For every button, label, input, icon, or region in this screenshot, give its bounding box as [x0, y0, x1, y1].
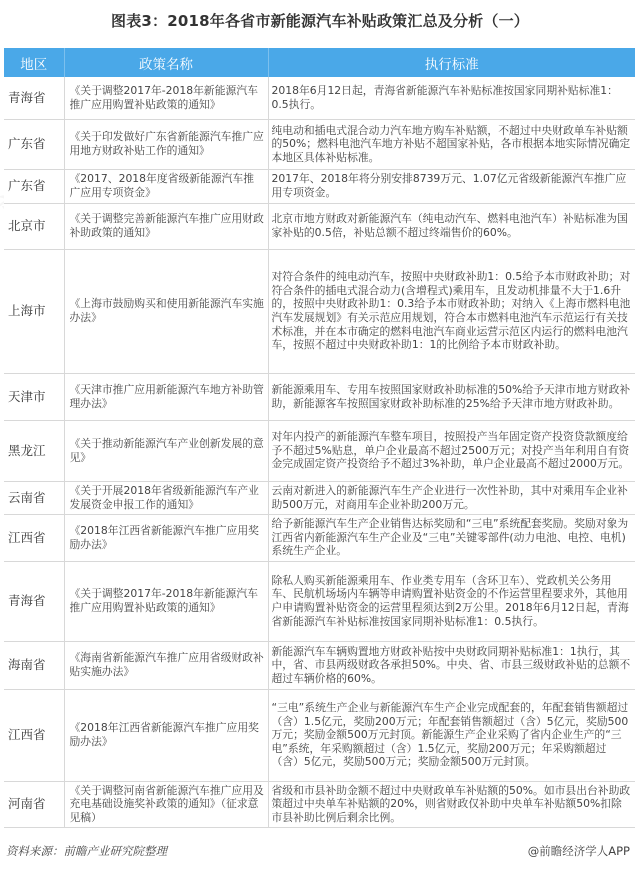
- standard-cell: 省级和市县补助金额不超过中央财政单车补贴额的50%。如市县出台补助政策超过中央单…: [268, 781, 635, 827]
- policy-cell: 《关于开展2018年省级新能源汽车产业发展资金申报工作的通知》: [64, 481, 268, 514]
- standard-cell: 2018年6月12日起，青海省新能源汽车补贴标准按国家同期补贴标准1：0.5执行…: [268, 77, 635, 119]
- standard-cell: 北京市地方财政对新能源汽车（纯电动汽车、燃料电池汽车）补贴标准为国家补贴的0.5…: [268, 203, 635, 249]
- chart-title: 图表3：2018年各省市新能源汽车补贴政策汇总及分析（一）: [0, 10, 640, 31]
- table-row: 青海省 《关于调整2017年-2018年新能源汽车推广应用购置补贴政策的通知》 …: [4, 77, 635, 119]
- policy-cell: 《2018年江西省新能源汽车推广应用奖励办法》: [64, 514, 268, 561]
- standard-cell: 2017年、2018年将分别安排8739万元、1.07亿元省级新能源汽车推广应用…: [268, 169, 635, 203]
- policy-cell: 《2018年江西省新能源汽车推广应用奖励办法》: [64, 689, 268, 781]
- table-row: 青海省 《关于调整2017年-2018年新能源汽车推广应用购置补贴政策的通知》 …: [4, 561, 635, 641]
- table-row: 上海市 《上海市鼓励购买和使用新能源汽车实施办法》 对符合条件的纯电动汽车，按照…: [4, 249, 635, 373]
- table-header-row: 地区 政策名称 执行标准: [4, 48, 635, 77]
- table-row: 北京市 《关于调整完善新能源汽车推广应用财政补助政策的通知》 北京市地方财政对新…: [4, 203, 635, 249]
- table-row: 河南省 《关于调整河南省新能源汽车推广应用及充电基础设施奖补政策的通知》（征求意…: [4, 781, 635, 827]
- table-row: 广东省 《2017、2018年度省级新能源汽车推广应用专项资金》 2017年、2…: [4, 169, 635, 203]
- region-cell: 广东省: [4, 169, 64, 203]
- table-row: 广东省 《关于印发做好广东省新能源汽车推广应用地方财政补贴工作的通知》 纯电动和…: [4, 119, 635, 169]
- policy-cell: 《关于调整2017年-2018年新能源汽车推广应用购置补贴政策的通知》: [64, 77, 268, 119]
- table-row: 海南省 《海南省新能源汽车推广应用省级财政补贴实施办法》 新能源汽车车辆购置地方…: [4, 641, 635, 689]
- standard-cell: 对年内投产的新能源汽车整车项目，按照投产当年固定资产投资贷款额度给予不超过5%贴…: [268, 420, 635, 481]
- region-cell: 海南省: [4, 641, 64, 689]
- region-cell: 江西省: [4, 514, 64, 561]
- standard-cell: 云南对新进入的新能源汽车生产企业进行一次性补助，其中对乘用车企业补助500万元，…: [268, 481, 635, 514]
- header-policy-name: 政策名称: [64, 48, 268, 77]
- region-cell: 黑龙江: [4, 420, 64, 481]
- region-cell: 河南省: [4, 781, 64, 827]
- policy-cell: 《关于调整2017年-2018年新能源汽车推广应用购置补贴政策的通知》: [64, 561, 268, 641]
- standard-cell: 除私人购买新能源乘用车、作业类专用车（含环卫车）、党政机关公务用车、民航机场场内…: [268, 561, 635, 641]
- policy-cell: 《关于推动新能源汽车产业创新发展的意见》: [64, 420, 268, 481]
- table-row: 天津市 《天津市推广应用新能源汽车地方补助管理办法》 新能源乘用车、专用车按照国…: [4, 373, 635, 420]
- region-cell: 青海省: [4, 77, 64, 119]
- table-row: 江西省 《2018年江西省新能源汽车推广应用奖励办法》 给予新能源汽车生产企业销…: [4, 514, 635, 561]
- region-cell: 天津市: [4, 373, 64, 420]
- app-credit: @前瞻经济学人APP: [528, 843, 630, 859]
- region-cell: 广东省: [4, 119, 64, 169]
- policy-cell: 《天津市推广应用新能源汽车地方补助管理办法》: [64, 373, 268, 420]
- header-region: 地区: [4, 48, 64, 77]
- standard-cell: 纯电动和插电式混合动力汽车地方购车补贴额，不超过中央财政单车补贴额的50%；燃料…: [268, 119, 635, 169]
- region-cell: 青海省: [4, 561, 64, 641]
- region-cell: 上海市: [4, 249, 64, 373]
- policy-cell: 《关于调整完善新能源汽车推广应用财政补助政策的通知》: [64, 203, 268, 249]
- table-row: 江西省 《2018年江西省新能源汽车推广应用奖励办法》 “三电”系统生产企业与新…: [4, 689, 635, 781]
- standard-cell: 新能源汽车车辆购置地方财政补贴按中央财政同期补贴标准1：1执行，其中，省、市县两…: [268, 641, 635, 689]
- standard-cell: “三电”系统生产企业与新能源汽车生产企业完成配套的，年配套销售额超过（含）1.5…: [268, 689, 635, 781]
- region-cell: 北京市: [4, 203, 64, 249]
- source-note: 资料来源：前瞻产业研究院整理: [6, 843, 167, 859]
- policy-table: 地区 政策名称 执行标准 青海省 《关于调整2017年-2018年新能源汽车推广…: [4, 48, 635, 828]
- table-row: 黑龙江 《关于推动新能源汽车产业创新发展的意见》 对年内投产的新能源汽车整车项目…: [4, 420, 635, 481]
- policy-cell: 《2017、2018年度省级新能源汽车推广应用专项资金》: [64, 169, 268, 203]
- standard-cell: 新能源乘用车、专用车按照国家财政补助标准的50%给予天津市地方财政补助，新能源客…: [268, 373, 635, 420]
- standard-cell: 给予新能源汽车生产企业销售达标奖励和“三电”系统配套奖励。奖励对象为江西省内新能…: [268, 514, 635, 561]
- region-cell: 云南省: [4, 481, 64, 514]
- header-standard: 执行标准: [268, 48, 635, 77]
- policy-cell: 《海南省新能源汽车推广应用省级财政补贴实施办法》: [64, 641, 268, 689]
- policy-cell: 《关于印发做好广东省新能源汽车推广应用地方财政补贴工作的通知》: [64, 119, 268, 169]
- table-row: 云南省 《关于开展2018年省级新能源汽车产业发展资金申报工作的通知》 云南对新…: [4, 481, 635, 514]
- region-cell: 江西省: [4, 689, 64, 781]
- policy-cell: 《关于调整河南省新能源汽车推广应用及充电基础设施奖补政策的通知》（征求意见稿）: [64, 781, 268, 827]
- standard-cell: 对符合条件的纯电动汽车，按照中央财政补助1：0.5给予本市财政补助；对符合条件的…: [268, 249, 635, 373]
- policy-cell: 《上海市鼓励购买和使用新能源汽车实施办法》: [64, 249, 268, 373]
